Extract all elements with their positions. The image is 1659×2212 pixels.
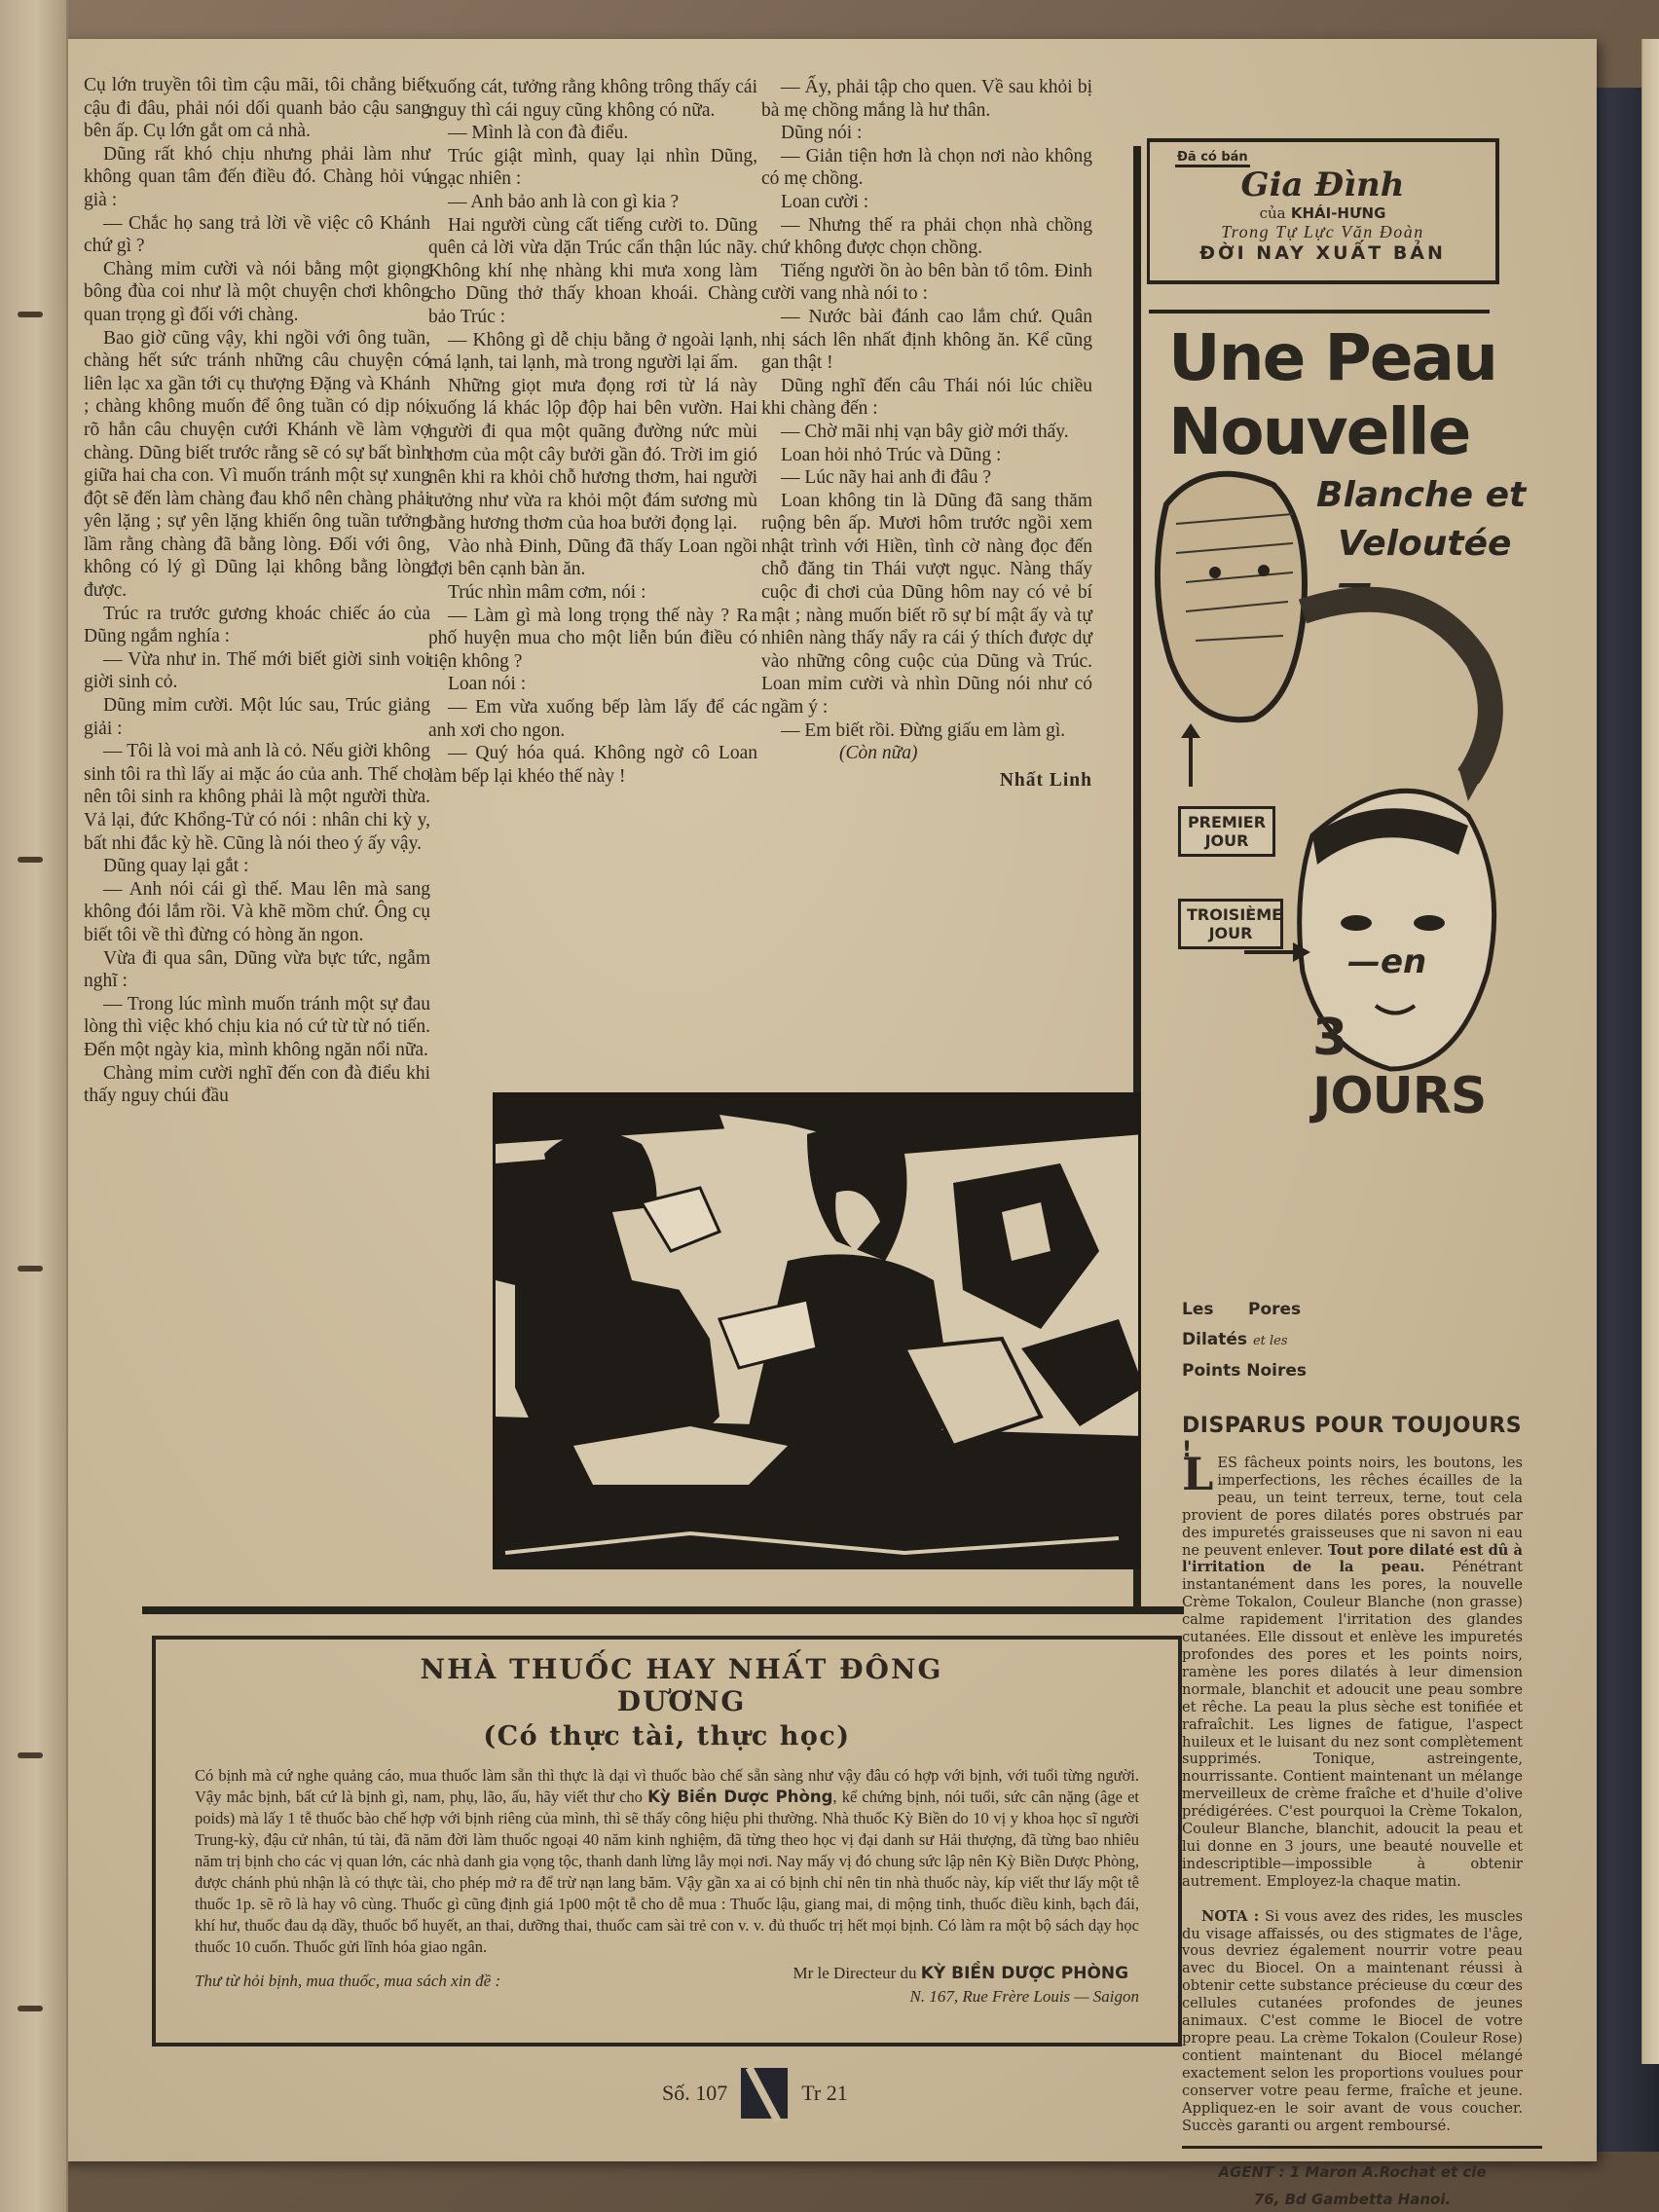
paragraph: Dũng nói : xyxy=(761,122,1092,145)
paragraph: Trúc nhìn mâm cơm, nói : xyxy=(428,581,757,605)
paragraph: — Anh nói cái gì thế. Mau lên mà sang kh… xyxy=(84,878,430,947)
ad-title: NHÀ THUỐC HAY NHẤT ĐÔNG DƯƠNG xyxy=(409,1653,954,1717)
paragraph: Những giọt mưa đọng rơi từ lá này xuống … xyxy=(428,375,757,535)
en-text: —en xyxy=(1347,942,1426,981)
card-players-illustration-icon xyxy=(496,1095,1141,1569)
agent-line-2: 76, Bd Gambetta Hanoi. xyxy=(1182,2186,1523,2212)
page-stack-edge xyxy=(1641,39,1659,2064)
paragraph: Hai người cùng cất tiếng cười to. Dũng q… xyxy=(428,214,757,329)
book-advertisement: Đã có bán Gia Đình của KHÁI-HƯNG Trong T… xyxy=(1147,138,1499,284)
binding-stitch xyxy=(18,1266,43,1272)
paragraph: — Quý hóa quá. Không ngờ cô Loan làm bếp… xyxy=(428,742,757,788)
drop-cap: L xyxy=(1182,1455,1213,1493)
agent-divider xyxy=(1182,2146,1542,2149)
paragraph: — Chắc họ sang trả lời về việc cô Khánh … xyxy=(84,212,430,258)
postal-address: N. 167, Rue Frère Louis — Saigon xyxy=(793,1985,1139,2009)
paragraph: — Lúc nãy hai anh đi đâu ? xyxy=(761,466,1092,490)
paragraph: — Không gì dễ chịu bằng ở ngoài lạnh, má… xyxy=(428,329,757,375)
paragraph: — Trong lúc mình muốn tránh một sự đau l… xyxy=(84,993,430,1062)
nota-text: Si vous avez des rides, les muscles du v… xyxy=(1182,1908,1523,2134)
paragraph: — Chờ mãi nhị vạn bây giờ mới thấy. xyxy=(761,421,1092,444)
book-binding xyxy=(0,0,68,2212)
pores-word: et les xyxy=(1253,1334,1288,1348)
book-title: Gia Đình xyxy=(1150,166,1495,204)
paragraph: — Em vừa xuống bếp làm lấy để các anh xơ… xyxy=(428,696,757,742)
pores-word: Les xyxy=(1182,1300,1213,1319)
paragraph: — Nước bài đánh cao lắm chứ. Quân nhị sá… xyxy=(761,306,1092,375)
paragraph: Chàng mỉm cười và nói bằng một giọng bôn… xyxy=(84,258,430,327)
contact-address-block: Mr le Directeur du KỲ BIỀN DƯỢC PHÒNG N.… xyxy=(793,1962,1139,2009)
paragraph: Tiếng người ồn ào bên bàn tổ tôm. Đinh c… xyxy=(761,260,1092,306)
paragraph: — Ấy, phải tập cho quen. Về sau khỏi bị … xyxy=(761,76,1092,122)
paragraph: — Mình là con đà điểu. xyxy=(428,122,757,145)
paragraph: Loan hỏi nhỏ Trúc và Dũng : xyxy=(761,444,1092,467)
contact-label: Thư từ hỏi bịnh, mua thuốc, mua sách xin… xyxy=(195,1962,500,2009)
author-prefix: của xyxy=(1260,204,1286,222)
binding-stitch xyxy=(18,1752,43,1758)
article-column-2: xuống cát, tưởng rằng không trông thấy c… xyxy=(428,76,757,788)
paragraph: Dũng quay lại gắt : xyxy=(84,855,430,878)
paragraph: — Làm gì mà long trọng thế này ? Ra phố … xyxy=(428,605,757,674)
paragraph: Loan nói : xyxy=(428,673,757,696)
tokalon-advertisement: Une Peau Nouvelle Blanche et Veloutée — … xyxy=(1147,310,1536,2052)
pores-word: Points Noires xyxy=(1182,1356,1307,1386)
paragraph: Cụ lớn truyền tôi tìm cậu mãi, tôi chẳng… xyxy=(84,74,430,143)
paragraph: Loan cười : xyxy=(761,191,1092,214)
ad-contact: Thư từ hỏi bịnh, mua thuốc, mua sách xin… xyxy=(195,1962,1139,2009)
nota-label: NOTA : xyxy=(1201,1908,1259,1925)
pores-caption: Les Pores Dilatés et les Points Noires xyxy=(1182,1295,1307,1386)
binding-stitch xyxy=(18,2006,43,2011)
continued-note: (Còn nữa) xyxy=(761,742,1092,765)
issue-number: Số. 107 xyxy=(662,2081,727,2106)
paragraph: Vào nhà Đinh, Dũng đã thấy Loan ngồi đợi… xyxy=(428,535,757,581)
ad-body-copy: L ES fâcheux points noirs, les boutons, … xyxy=(1182,1455,1523,2212)
paragraph: Loan không tin là Dũng đã sang thăm ruộn… xyxy=(761,490,1092,719)
paragraph: — Vừa như in. Thế mới biết giời sinh voi… xyxy=(84,648,430,694)
author-name: KHÁI-HƯNG xyxy=(1291,204,1386,222)
binding-stitch xyxy=(18,312,43,317)
paragraph: — Tôi là voi mà anh là cỏ. Nếu giời khôn… xyxy=(84,740,430,855)
paragraph: Dũng nghĩ đến câu Thái nói lúc chiều khi… xyxy=(761,375,1092,421)
before-after-faces-icon xyxy=(1147,465,1507,1283)
page-footer: Số. 107 Tr 21 xyxy=(662,2068,848,2119)
director-label: Mr le Directeur du xyxy=(793,1964,917,1982)
paragraph: Vừa đi qua sân, Dũng vừa bực tức, ngẫm n… xyxy=(84,947,430,993)
headline-line-1: Une Peau xyxy=(1168,321,1496,395)
label-first-day: PREMIER JOUR xyxy=(1178,806,1275,857)
agent-line-1: AGENT : 1 Maron A.Rochat et cie xyxy=(1182,2158,1523,2186)
ad-brand-name: Kỳ Biền Dược Phòng xyxy=(647,1788,832,1806)
ad-body-text: , kể chứng bịnh, nói tuổi, sức cân nặng … xyxy=(195,1788,1139,1956)
ad-subtitle: (Có thực tài, thực học) xyxy=(195,1721,1139,1751)
pores-word: Pores xyxy=(1248,1300,1301,1319)
book-author: của KHÁI-HƯNG xyxy=(1150,204,1495,222)
article-column-1: Cụ lớn truyền tôi tìm cậu mãi, tôi chẳng… xyxy=(84,74,430,1108)
paragraph: — Em biết rồi. Đừng giấu em làm gì. xyxy=(761,719,1092,743)
paragraph: Trúc ra trước gương khoác chiếc áo của D… xyxy=(84,603,430,648)
director-brand: KỲ BIỀN DƯỢC PHÒNG xyxy=(921,1964,1128,1983)
page-number: Tr 21 xyxy=(801,2081,848,2106)
article-column-3: — Ấy, phải tập cho quen. Về sau khỏi bị … xyxy=(761,76,1092,792)
nota-paragraph: NOTA : Si vous avez des rides, les muscl… xyxy=(1182,1908,1523,2135)
pores-word: Dilatés xyxy=(1182,1330,1247,1349)
author-signature: Nhất Linh xyxy=(761,769,1092,793)
ad-headline: Une Peau Nouvelle xyxy=(1168,321,1496,469)
ad-body: Có bịnh mà cứ nghe quảng cáo, mua thuốc … xyxy=(195,1765,1139,1958)
label-third-day: TROISIÈME JOUR xyxy=(1178,899,1283,949)
headline-line-2: Nouvelle xyxy=(1168,395,1496,469)
paragraph: Chàng mỉm cười nghĩ đến con đà điểu khi … xyxy=(84,1062,430,1108)
paragraph: Dũng rất khó chịu nhưng phải làm như khô… xyxy=(84,143,430,212)
pharmacy-advertisement: NHÀ THUỐC HAY NHẤT ĐÔNG DƯƠNG (Có thực t… xyxy=(152,1636,1182,2046)
section-divider xyxy=(142,1606,1184,1614)
three-days-text: 3 JOURS xyxy=(1312,1009,1536,1125)
binding-stitch xyxy=(18,857,43,863)
ad-top-rule xyxy=(1149,310,1490,313)
woodcut-illustration xyxy=(493,1092,1141,1569)
paragraph: — Giản tiện hơn là chọn nơi nào không có… xyxy=(761,145,1092,191)
paragraph: Dũng mỉm cười. Một lúc sau, Trúc giảng g… xyxy=(84,694,430,740)
paragraph: xuống cát, tưởng rằng không trông thấy c… xyxy=(428,76,757,122)
book-series: Trong Tự Lực Văn Đoàn xyxy=(1150,222,1495,242)
available-tag: Đã có bán xyxy=(1175,150,1250,167)
ad-text: Pénétrant instantanément dans les pores,… xyxy=(1182,1559,1523,1889)
paragraph: Trúc giật mình, quay lại nhìn Dũng, ngạc… xyxy=(428,145,757,191)
paragraph: — Anh bảo anh là con gì kia ? xyxy=(428,191,757,214)
paragraph: Bao giờ cũng vậy, khi ngồi với ông tuần,… xyxy=(84,327,430,603)
paragraph: — Nhưng thế ra phải chọn nhà chồng chứ k… xyxy=(761,214,1092,260)
book-publisher: ĐỜI NAY XUẤT BẢN xyxy=(1150,242,1495,264)
ngay-nay-logo-icon xyxy=(741,2068,788,2119)
